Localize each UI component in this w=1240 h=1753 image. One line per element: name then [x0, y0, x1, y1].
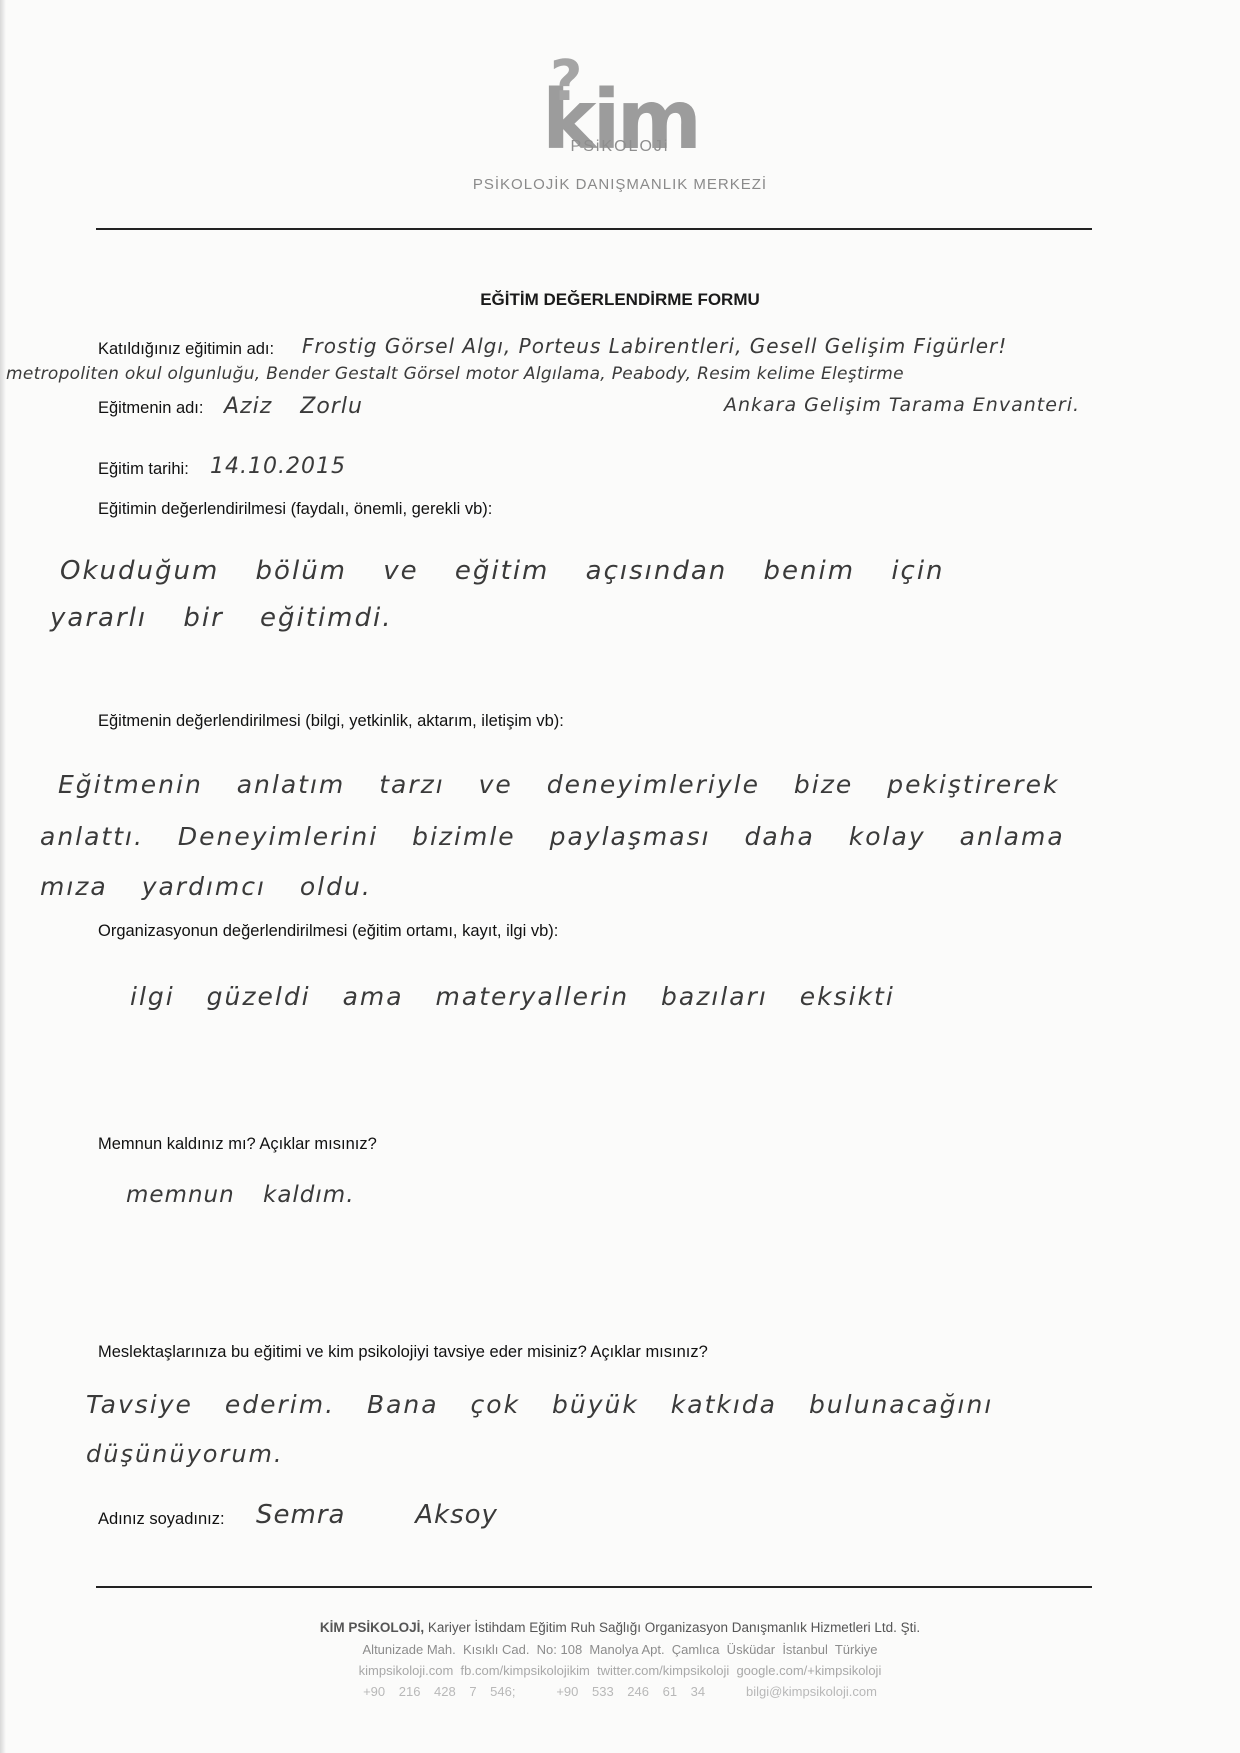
trainer-evaluation-label: Eğitmenin değerlendirilmesi (bilgi, yetk…: [98, 712, 564, 731]
footer-company-name: KİM PSİKOLOJİ,: [320, 1620, 424, 1635]
footer-company: KİM PSİKOLOJİ, Kariyer İstihdam Eğitim R…: [0, 1620, 1240, 1635]
center-name: PSİKOLOJİK DANIŞMANLIK MERKEZİ: [0, 176, 1240, 193]
organization-evaluation-answer-line1[interactable]: ilgi güzeldi ama materyallerin bazıları …: [130, 982, 895, 1011]
training-name-label: Katıldığınız eğitimin adı:: [98, 340, 274, 359]
satisfaction-label: Memnun kaldınız mı? Açıklar mısınız?: [98, 1135, 377, 1154]
training-date-label: Eğitim tarihi:: [98, 460, 189, 479]
organization-evaluation-label: Organizasyonun değerlendirilmesi (eğitim…: [98, 922, 558, 941]
footer-address: Altunizade Mah. Kısıklı Cad. No: 108 Man…: [0, 1642, 1240, 1657]
recommendation-answer-line2[interactable]: düşünüyorum.: [86, 1440, 284, 1468]
full-name-label: Adınız soyadınız:: [98, 1510, 225, 1529]
full-name-value[interactable]: Semra Aksoy: [256, 1500, 498, 1530]
trainer-name-value[interactable]: Aziz Zorlu: [224, 394, 363, 419]
form-title: EĞİTİM DEĞERLENDİRME FORMU: [0, 290, 1240, 310]
footer-contact: +90 216 428 7 546; +90 533 246 61 34 bil…: [0, 1684, 1240, 1699]
training-evaluation-answer-line1[interactable]: Okuduğum bölüm ve eğitim açısından benim…: [60, 556, 945, 586]
footer-divider: [96, 1586, 1092, 1588]
training-evaluation-answer-line2[interactable]: yararlı bir eğitimdi.: [50, 603, 393, 633]
satisfaction-answer-line1[interactable]: memnun kaldım.: [126, 1182, 355, 1208]
recommendation-label: Meslektaşlarınıza bu eğitimi ve kim psik…: [98, 1343, 708, 1362]
training-date-value[interactable]: 14.10.2015: [210, 454, 346, 479]
header-divider: [96, 228, 1092, 230]
logo-subtitle: PSiKOLOJi: [0, 138, 1240, 156]
logo-question-mark-icon: ?: [550, 54, 578, 110]
footer-company-desc: Kariyer İstihdam Eğitim Ruh Sağlığı Orga…: [428, 1620, 920, 1635]
trainer-evaluation-answer-line2[interactable]: anlattı. Deneyimlerini bizimle paylaşmas…: [40, 822, 1065, 851]
trainer-name-label: Eğitmenin adı:: [98, 399, 203, 418]
trainer-evaluation-answer-line3[interactable]: mıza yardımcı oldu.: [40, 872, 372, 901]
training-name-value-line3[interactable]: Ankara Gelişim Tarama Envanteri.: [724, 394, 1080, 416]
scan-edge: [0, 0, 6, 1753]
recommendation-answer-line1[interactable]: Tavsiye ederim. Bana çok büyük katkıda b…: [86, 1390, 993, 1419]
training-evaluation-label: Eğitimin değerlendirilmesi (faydalı, öne…: [98, 500, 492, 519]
trainer-evaluation-answer-line1[interactable]: Eğitmenin anlatım tarzı ve deneyimleriyl…: [58, 770, 1059, 799]
training-name-value-line1[interactable]: Frostig Görsel Algı, Porteus Labirentler…: [302, 334, 1007, 358]
training-name-value-line2[interactable]: metropoliten okul olgunluğu, Bender Gest…: [6, 364, 904, 384]
footer-web-links: kimpsikoloji.com fb.com/kimpsikolojikim …: [0, 1663, 1240, 1678]
